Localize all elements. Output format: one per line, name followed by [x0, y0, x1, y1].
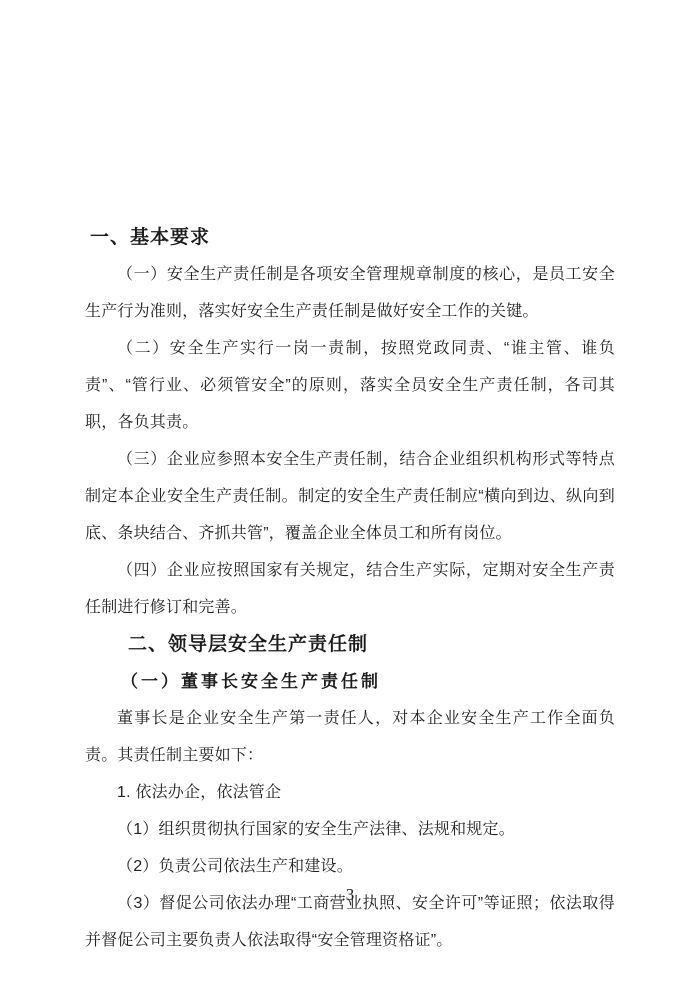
paragraph-item-1: （一）安全生产责任制是各项安全管理规章制度的核心，是员工安全生产行为准则，落实好…	[85, 256, 615, 330]
list-item-sub-1: （1）组织贯彻执行国家的安全生产法律、法规和规定。	[85, 811, 615, 848]
document-body: 一、基本要求 （一）安全生产责任制是各项安全管理规章制度的核心，是员工安全生产行…	[85, 219, 615, 959]
document-page: 一、基本要求 （一）安全生产责任制是各项安全管理规章制度的核心，是员工安全生产行…	[0, 0, 700, 990]
paragraph-chairman-intro: 董事长是企业安全生产第一责任人，对本企业安全生产工作全面负责。其责任制主要如下：	[85, 700, 615, 774]
list-item-sub-2: （2）负责公司依法生产和建设。	[85, 848, 615, 885]
paragraph-item-2: （二）安全生产实行一岗一责制，按照党政同责、“谁主管、谁负责”、“管行业、必须管…	[85, 330, 615, 441]
subsection-heading-chairman-responsibility: （一）董事长安全生产责任制	[85, 663, 615, 700]
list-item-1-title: 1. 依法办企，依法管企	[85, 774, 615, 811]
section-heading-leadership-responsibility: 二、领导层安全生产责任制	[85, 626, 615, 663]
paragraph-item-3: （三）企业应参照本安全生产责任制，结合企业组织机构形式等特点制定本企业安全生产责…	[85, 441, 615, 552]
paragraph-item-4: （四）企业应按照国家有关规定，结合生产实际，定期对安全生产责任制进行修订和完善。	[85, 552, 615, 626]
section-heading-basic-requirements: 一、基本要求	[85, 219, 615, 256]
page-number: 3	[0, 881, 700, 909]
